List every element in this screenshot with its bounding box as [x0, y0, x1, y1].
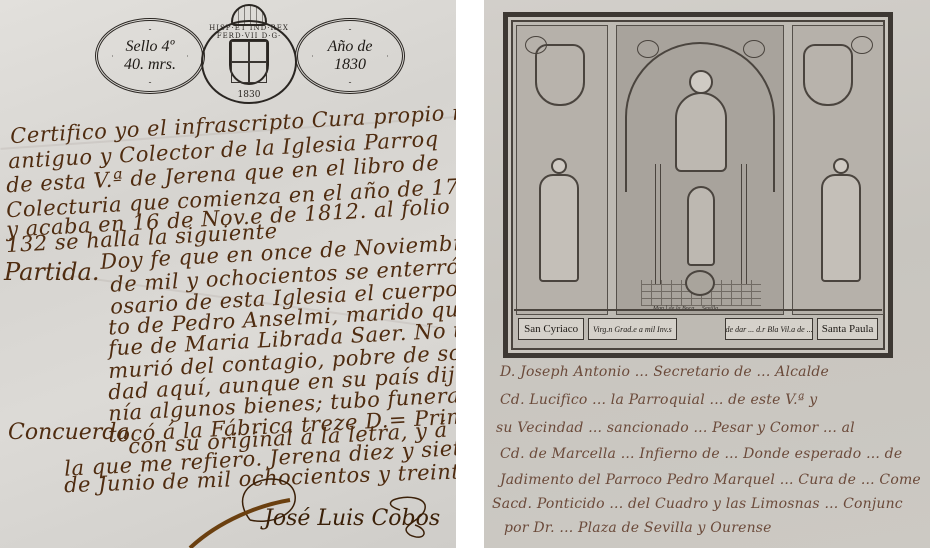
manuscript-line: D. Joseph Antonio ... Secretario de ... … — [500, 364, 829, 380]
engraving-right-panel — [792, 25, 884, 315]
saint-head-icon — [551, 158, 567, 174]
seal-year: 1830 — [203, 90, 295, 100]
virgin-figure — [675, 92, 727, 172]
column-icon — [655, 164, 661, 284]
column-icon — [741, 164, 747, 284]
cherub-icon — [637, 40, 659, 58]
stamp-seal-label: Sello 4º — [126, 38, 175, 56]
manuscript-line: por Dr. ... Plaza de Sevilla y Ourense — [504, 520, 772, 536]
concuerda-heading: Concuerda — [8, 420, 129, 445]
manuscript-line: Sacd. Ponticido ... del Cuadro y las Lim… — [492, 496, 903, 512]
manuscript-line: Cd. Lucifico ... la Parroquial ... de es… — [500, 392, 817, 408]
signature: José Luis Cobos — [264, 506, 440, 531]
santa-paula-figure — [821, 174, 861, 282]
caption-virgin: Virg.n Grad.e a mil Inv.s — [588, 318, 676, 340]
royal-seal: HISP·ET IND·REX FERD·VII D·G· 1830 — [201, 20, 297, 104]
virgin-head-icon — [689, 70, 713, 94]
engraving-left-panel — [516, 25, 608, 315]
tax-stamp: Sello 4º 40. mrs. HISP·ET IND·REX FERD·V… — [95, 4, 405, 100]
stamp-year-value: 1830 — [334, 56, 366, 74]
cherub-icon — [851, 36, 873, 54]
cherub-icon — [525, 36, 547, 54]
left-page-manuscript: Sello 4º 40. mrs. HISP·ET IND·REX FERD·V… — [0, 0, 456, 548]
stamp-value-oval: Sello 4º 40. mrs. — [95, 18, 205, 94]
engraving-center-panel: Man.l de la Boca ... Sevilla — [616, 25, 784, 315]
seal-legend: HISP·ET IND·REX FERD·VII D·G· — [203, 24, 295, 40]
engraving-caption-bar: San Cyriaco Virg.n Grad.e a mil Inv.s de… — [514, 309, 882, 347]
coat-of-arms-icon — [535, 44, 585, 106]
coat-of-arms-icon — [803, 44, 853, 106]
globe-icon — [685, 270, 715, 296]
caption-san-cyriaco: San Cyriaco — [518, 318, 584, 340]
manuscript-line: Cd. de Marcella ... Infierno de ... Dond… — [500, 446, 902, 462]
devotional-engraving: Man.l de la Boca ... Sevilla San Cyriaco… — [503, 12, 893, 358]
caption-santa-paula: Santa Paula — [817, 318, 878, 340]
manuscript-line: su Vecindad ... sancionado ... Pesar y C… — [496, 420, 855, 436]
caption-spacer — [681, 318, 721, 340]
manuscript-line: Jadimento del Parroco Pedro Marquel ... … — [500, 472, 921, 488]
angel-figure — [687, 186, 715, 266]
coat-of-arms-icon — [229, 39, 269, 85]
cherub-icon — [743, 40, 765, 58]
stamp-year-oval: Año de 1830 — [295, 18, 405, 94]
page-gutter — [456, 0, 484, 548]
partida-margin-heading: Partida. — [4, 258, 99, 286]
right-page-engraved-document: Man.l de la Boca ... Sevilla San Cyriaco… — [484, 0, 930, 548]
stamp-price-label: 40. mrs. — [124, 56, 176, 74]
stamp-year-label: Año de — [328, 38, 373, 56]
saint-head-icon — [833, 158, 849, 174]
san-cyriaco-figure — [539, 174, 579, 282]
caption-indulgence: de dar ... d.r Bla Vil.a de ... — [725, 318, 813, 340]
